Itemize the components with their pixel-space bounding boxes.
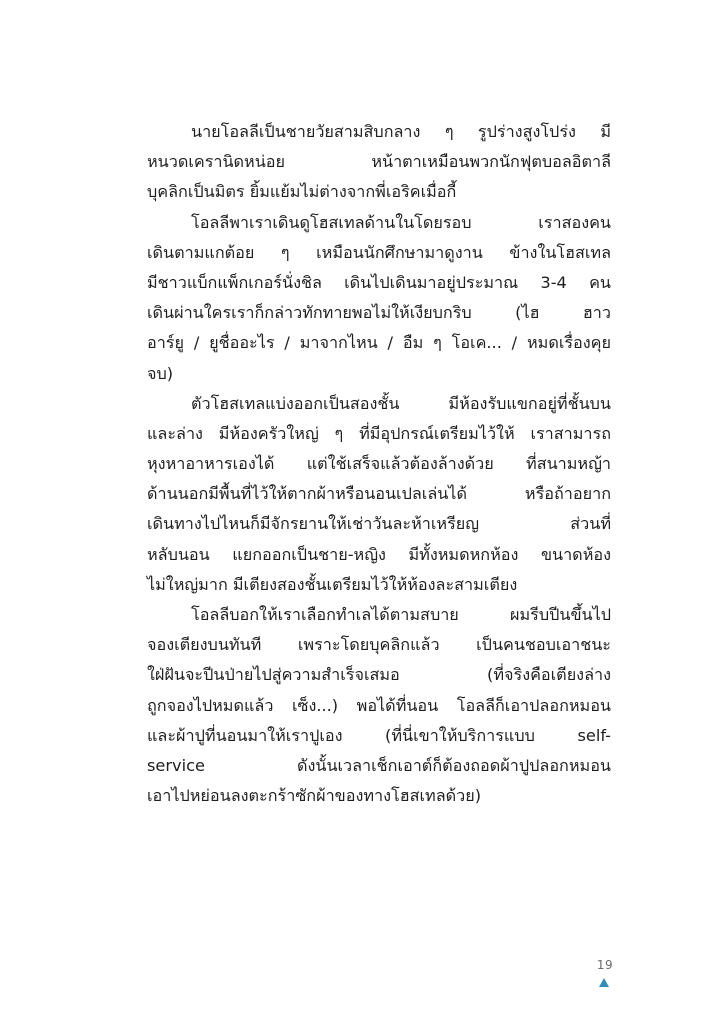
paragraph-3-line-6: หลับนอน แยกออกเป็นชาย-หญิง มีทั้งหมดหกห้… bbox=[147, 540, 611, 570]
paragraph-4-line-6: service ดังนั้นเวลาเช็กเอาต์ก็ต้องถอดผ้า… bbox=[147, 751, 611, 781]
body-text: นายโอลลีเป็นชายวัยสามสิบกลาง ๆ รูปร่างสู… bbox=[147, 117, 611, 811]
paragraph-1-line-1: นายโอลลีเป็นชายวัยสามสิบกลาง ๆ รูปร่างสู… bbox=[147, 117, 611, 147]
paragraph-4-line-1: โอลลีบอกให้เราเลือกทำเลได้ตามสบาย ผมรีบป… bbox=[147, 600, 611, 630]
triangle-up-icon bbox=[599, 978, 609, 987]
paragraph-2-line-3: มีชาวแบ็กแพ็กเกอร์นั่งชิล เดินไปเดินมาอย… bbox=[147, 268, 611, 298]
paragraph-2-line-4: เดินผ่านใครเราก็กล่าวทักทายพอไม่ให้เงียบ… bbox=[147, 298, 611, 328]
book-page: นายโอลลีเป็นชายวัยสามสิบกลาง ๆ รูปร่างสู… bbox=[0, 0, 711, 1024]
paragraph-2-line-1: โอลลีพาเราเดินดูโฮสเทลด้านในโดยรอบ เราสอ… bbox=[147, 208, 611, 238]
paragraph-2-line-2: เดินตามแกต้อย ๆ เหมือนนักศึกษามาดูงาน ข้… bbox=[147, 238, 611, 268]
page-number: 19 bbox=[590, 958, 620, 972]
paragraph-2-line-5: อาร์ยู / ยูชื่ออะไร / มาจากไหน / อืม ๆ โ… bbox=[147, 328, 611, 358]
paragraph-4-line-4: ถูกจองไปหมดแล้ว เซ็ง...) พอได้ที่นอน โอล… bbox=[147, 691, 611, 721]
paragraph-3-line-4: ด้านนอกมีพื้นที่ไว้ให้ตากผ้าหรือนอนเปลเล… bbox=[147, 479, 611, 509]
paragraph-4-line-2: จองเตียงบนทันที เพราะโดยบุคลิกแล้ว เป็นค… bbox=[147, 630, 611, 660]
paragraph-3-line-3: หุงหาอาหารเองได้ แต่ใช้เสร็จแล้วต้องล้าง… bbox=[147, 449, 611, 479]
paragraph-1-line-2: หนวดเครานิดหน่อย หน้าตาเหมือนพวกนักฟุตบอ… bbox=[147, 147, 611, 177]
paragraph-4-line-3: ใฝ่ฝันจะปีนป่ายไปสู่ความสำเร็จเสมอ (ที่จ… bbox=[147, 660, 611, 690]
paragraph-3-line-5: เดินทางไปไหนก็มีจักรยานให้เช่าวันละห้าเห… bbox=[147, 509, 611, 539]
paragraph-3-line-1: ตัวโฮสเทลแบ่งออกเป็นสองชั้น มีห้องรับแขก… bbox=[147, 389, 611, 419]
paragraph-4-line-5: และผ้าปูที่นอนมาให้เราปูเอง (ที่นี่เขาให… bbox=[147, 721, 611, 751]
paragraph-4-line-7: เอาไปหย่อนลงตะกร้าซักผ้าของทางโฮสเทลด้วย… bbox=[147, 781, 611, 811]
paragraph-3-line-7: ไม่ใหญ่มาก มีเตียงสองชั้นเตรียมไว้ให้ห้อ… bbox=[147, 570, 611, 600]
paragraph-1-line-3: บุคลิกเป็นมิตร ยิ้มแย้มไม่ต่างจากพี่เอริ… bbox=[147, 177, 611, 207]
paragraph-3-line-2: และล่าง มีห้องครัวใหญ่ ๆ ที่มีอุปกรณ์เตร… bbox=[147, 419, 611, 449]
paragraph-2-line-6: จบ) bbox=[147, 359, 611, 389]
